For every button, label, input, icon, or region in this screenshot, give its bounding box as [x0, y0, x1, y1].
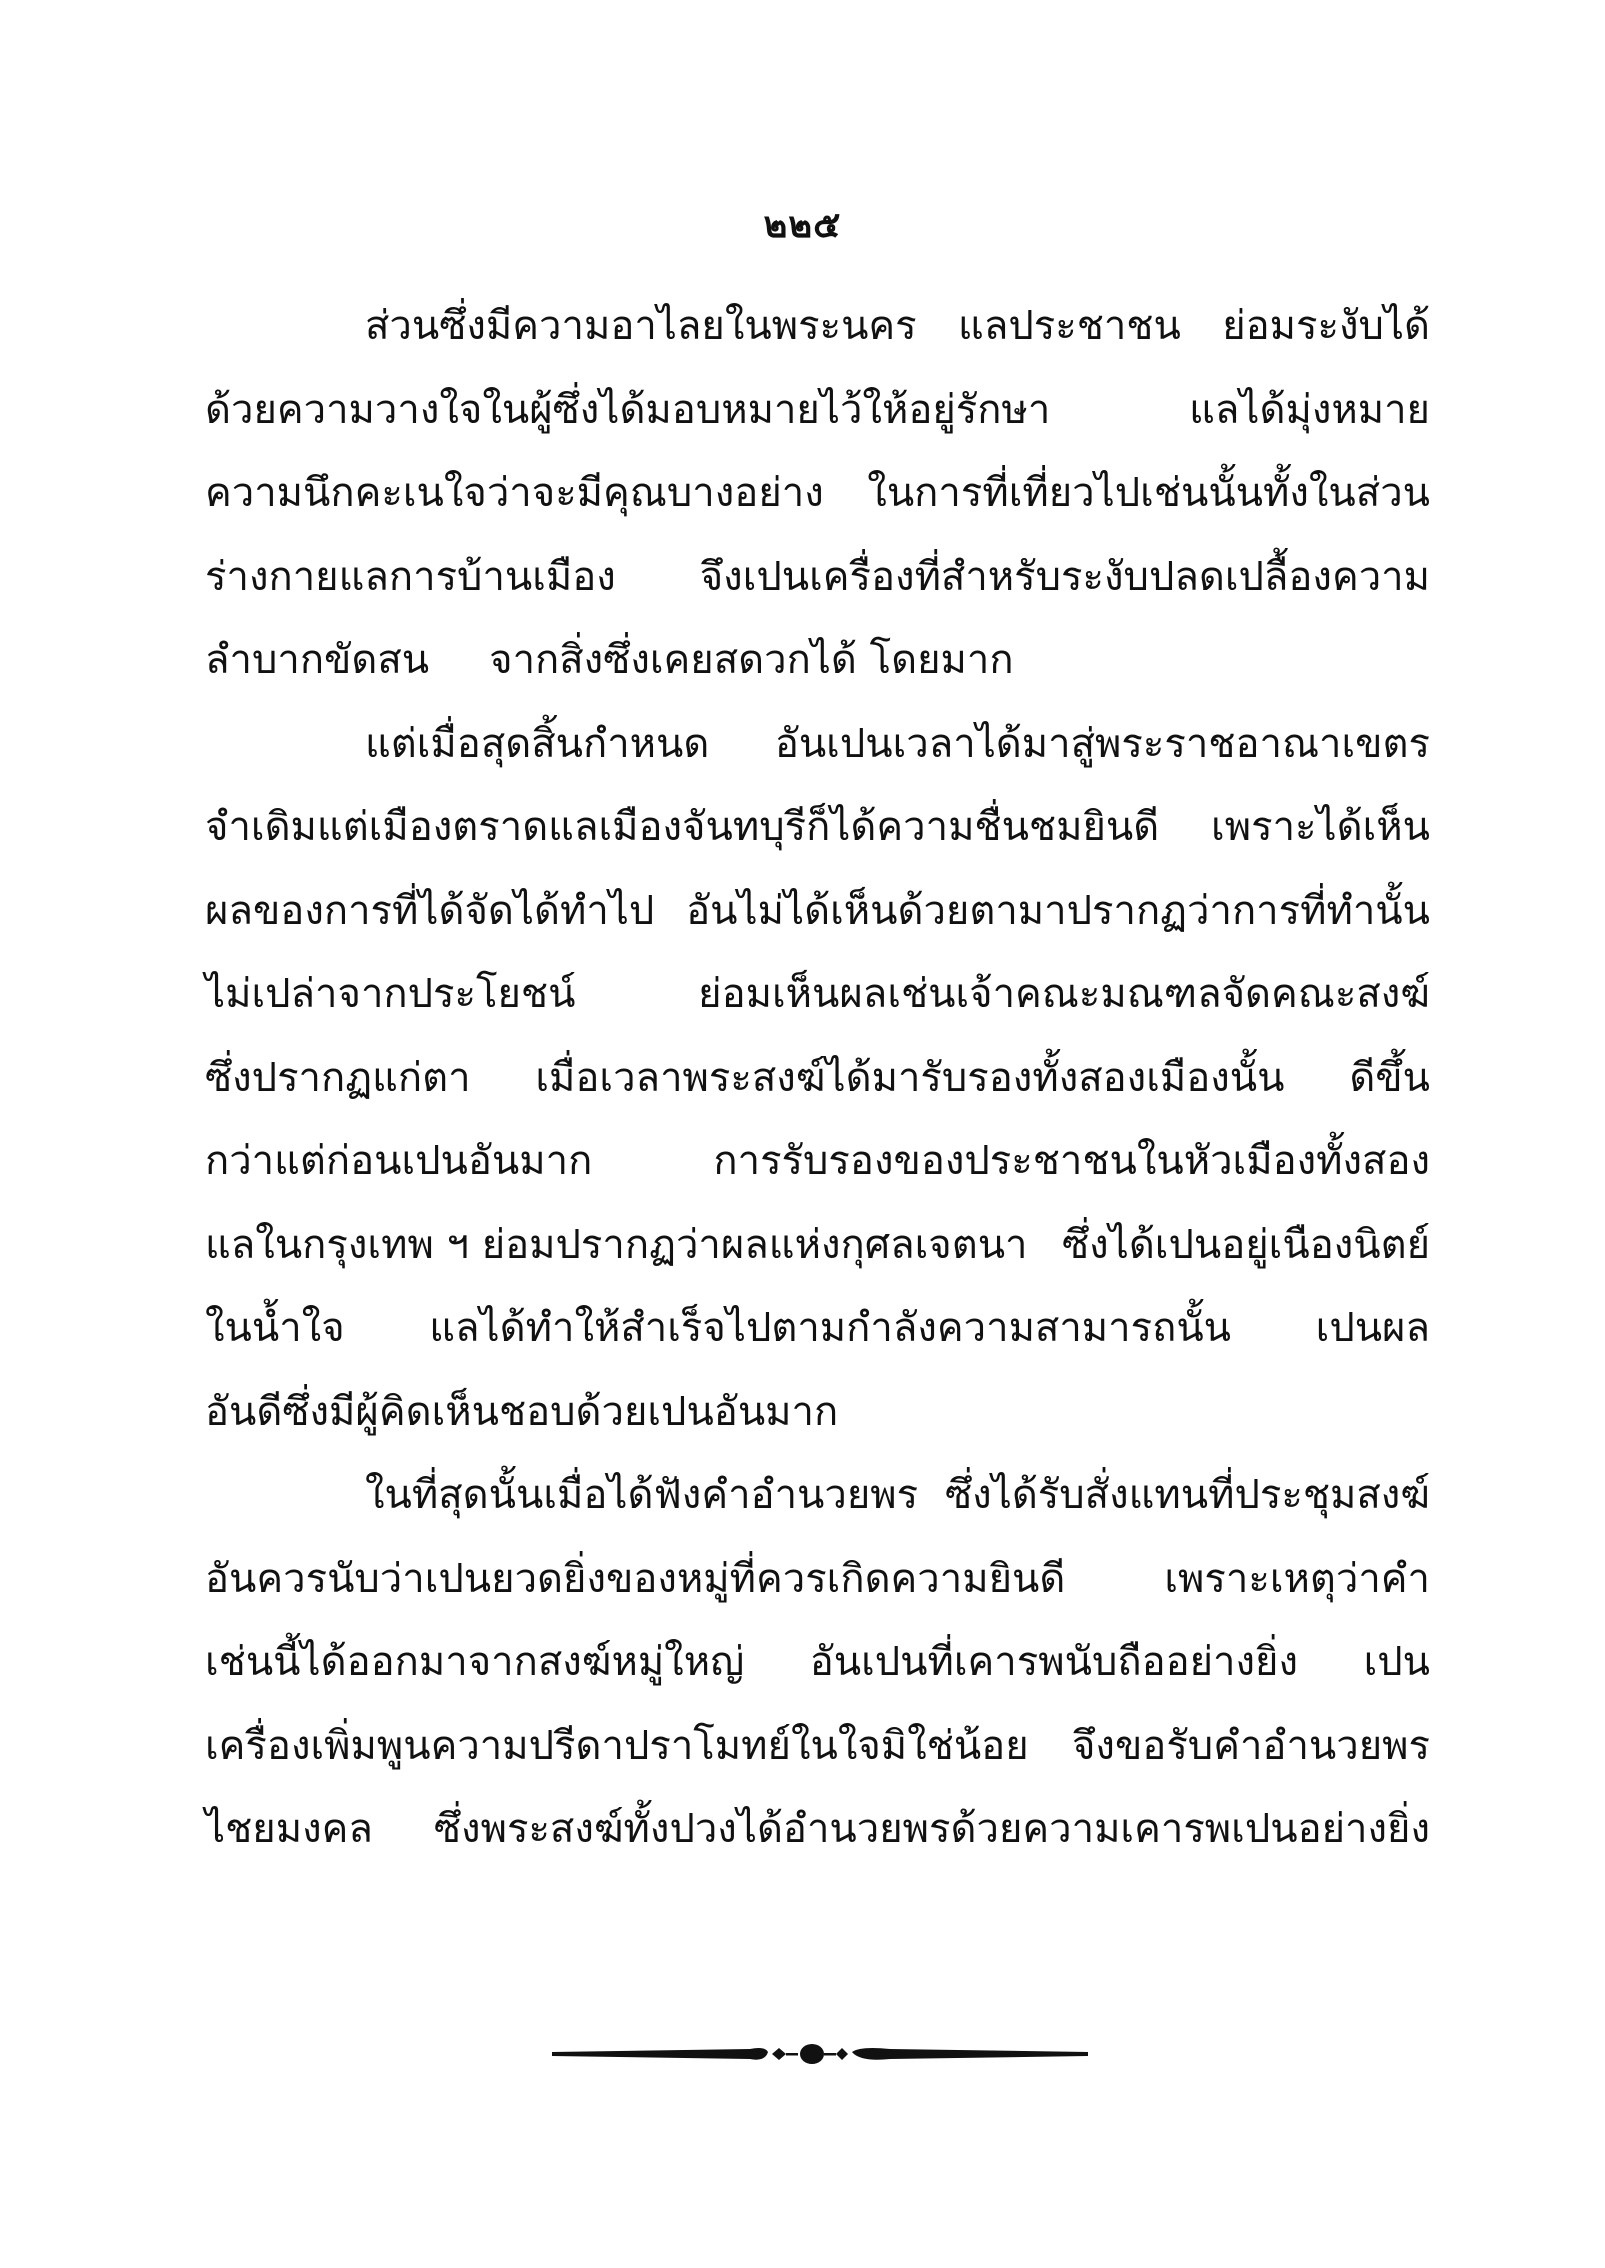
text-line: ไม่เปล่าจากประโยชน์ย่อมเห็นผลเช่นเจ้าคณะ…: [205, 953, 1430, 1037]
text-segment: ร่างกายแลการบ้านเมือง: [205, 536, 616, 620]
text-line: แลในกรุงเทพ ฯ ย่อมปรากฏว่าผลแห่งกุศลเจตน…: [205, 1204, 1430, 1288]
text-segment: ด้วยความวางใจในผู้ซึ่งได้มอบหมายไว้ให้อย…: [205, 369, 1050, 453]
ornamental-divider-icon: [550, 2040, 1090, 2070]
text-segment: ผลของการที่ได้จัดได้ทำไป: [205, 870, 654, 954]
text-segment: อันไม่ได้เห็นด้วยตามาปรากฏว่าการที่ทำนั้…: [686, 870, 1430, 954]
text-segment: ซึ่งได้รับสั่งแทนที่ประชุมสงฆ์: [945, 1454, 1430, 1538]
body-text: ส่วนซึ่งมีความอาไลยในพระนครแลประชาชนย่อม…: [205, 285, 1430, 1872]
text-line: ด้วยความวางใจในผู้ซึ่งได้มอบหมายไว้ให้อย…: [205, 369, 1430, 453]
text-segment: ลำบากขัดสน: [205, 619, 429, 703]
text-segment: จำเดิมแต่เมืองตราดแลเมืองจันทบุรีก็ได้คว…: [205, 786, 1159, 870]
paragraph-first-line: ในที่สุดนั้นเมื่อได้ฟังคำอำนวยพรซึ่งได้ร…: [205, 1454, 1430, 1538]
text-segment: การรับรองของประชาชนในหัวเมืองทั้งสอง: [713, 1120, 1430, 1204]
text-segment: จึงขอรับคำอำนวยพร: [1072, 1705, 1430, 1789]
text-segment: ซึ่งพระสงฆ์ทั้งปวงได้อำนวยพรด้วยความเคาร…: [434, 1788, 1430, 1872]
text-line: อันดีซึ่งมีผู้คิดเห็นชอบด้วยเปนอันมาก: [205, 1371, 1430, 1455]
text-segment: เมื่อเวลาพระสงฆ์ได้มารับรองทั้งสองเมืองน…: [535, 1037, 1284, 1121]
text-segment: ย่อมระงับได้: [1222, 285, 1430, 369]
text-line: เช่นนี้ได้ออกมาจากสงฆ์หมู่ใหญ่อันเปนที่เ…: [205, 1621, 1430, 1705]
text-segment: เพราะเหตุว่าคำ: [1164, 1538, 1430, 1622]
text-segment: ไม่เปล่าจากประโยชน์: [205, 953, 575, 1037]
text-segment: ดีขึ้น: [1349, 1037, 1430, 1121]
page-number: ๒๒๕: [0, 196, 1605, 253]
text-line: เครื่องเพิ่มพูนความปรีดาปราโมทย์ในใจมิใช…: [205, 1705, 1430, 1789]
text-line: ผลของการที่ได้จัดได้ทำไปอันไม่ได้เห็นด้ว…: [205, 870, 1430, 954]
paragraph-first-line: แต่เมื่อสุดสิ้นกำหนดอันเปนเวลาได้มาสู่พร…: [205, 703, 1430, 787]
text-segment: เช่นนี้ได้ออกมาจากสงฆ์หมู่ใหญ่: [205, 1621, 744, 1705]
text-segment: ซึ่งได้เปนอยู่เนืองนิตย์: [1062, 1204, 1430, 1288]
text-segment: กว่าแต่ก่อนเปนอันมาก: [205, 1120, 592, 1204]
text-line: ซึ่งปรากฏแก่ตาเมื่อเวลาพระสงฆ์ได้มารับรอ…: [205, 1037, 1430, 1121]
text-segment: อันเปนเวลาได้มาสู่พระราชอาณาเขตร: [775, 703, 1430, 787]
text-segment: เปนผล: [1316, 1287, 1430, 1371]
text-segment: แต่เมื่อสุดสิ้นกำหนด: [365, 703, 709, 787]
text-line: ความนึกคะเนใจว่าจะมีคุณบางอย่างในการที่เ…: [205, 452, 1430, 536]
text-line: ร่างกายแลการบ้านเมืองจึงเปนเครื่องที่สำห…: [205, 536, 1430, 620]
text-segment: ซึ่งปรากฏแก่ตา: [205, 1037, 471, 1121]
text-line: จำเดิมแต่เมืองตราดแลเมืองจันทบุรีก็ได้คว…: [205, 786, 1430, 870]
text-line: ในน้ำใจแลได้ทำให้สำเร็จไปตามกำลังความสาม…: [205, 1287, 1430, 1371]
paragraph-first-line: ส่วนซึ่งมีความอาไลยในพระนครแลประชาชนย่อม…: [205, 285, 1430, 369]
text-segment: ความนึกคะเนใจว่าจะมีคุณบางอย่าง: [205, 452, 824, 536]
text-segment: จากสิ่งซึ่งเคยสดวกได้ โดยมาก: [489, 619, 1013, 703]
text-segment: ไชยมงคล: [205, 1788, 373, 1872]
text-segment: จึงเปนเครื่องที่สำหรับระงับปลดเปลื้องควา…: [700, 536, 1430, 620]
text-segment: อันเปนที่เคารพนับถืออย่างยิ่ง: [810, 1621, 1298, 1705]
text-line: อันควรนับว่าเปนยวดยิ่งของหมู่ที่ควรเกิดค…: [205, 1538, 1430, 1622]
text-segment: แลได้มุ่งหมาย: [1189, 369, 1430, 453]
text-segment: อันควรนับว่าเปนยวดยิ่งของหมู่ที่ควรเกิดค…: [205, 1538, 1065, 1622]
text-segment: ย่อมเห็นผลเช่นเจ้าคณะมณฑลจัดคณะสงฆ์: [698, 953, 1430, 1037]
text-line: ลำบากขัดสนจากสิ่งซึ่งเคยสดวกได้ โดยมาก: [205, 619, 1430, 703]
document-page: ๒๒๕ ส่วนซึ่งมีความอาไลยในพระนครแลประชาชน…: [0, 0, 1605, 2268]
text-segment: ในการที่เที่ยวไปเช่นนั้นทั้งในส่วน: [867, 452, 1430, 536]
text-segment: ในน้ำใจ: [205, 1287, 345, 1371]
text-line: กว่าแต่ก่อนเปนอันมากการรับรองของประชาชนใ…: [205, 1120, 1430, 1204]
text-segment: แลในกรุงเทพ ฯ ย่อมปรากฏว่าผลแห่งกุศลเจตน…: [205, 1204, 1028, 1288]
text-segment: อันดีซึ่งมีผู้คิดเห็นชอบด้วยเปนอันมาก: [205, 1371, 838, 1455]
text-segment: แลได้ทำให้สำเร็จไปตามกำลังความสามารถนั้น: [429, 1287, 1231, 1371]
text-segment: เพราะได้เห็น: [1211, 786, 1430, 870]
text-segment: เครื่องเพิ่มพูนความปรีดาปราโมทย์ในใจมิใช…: [205, 1705, 1029, 1789]
text-segment: ส่วนซึ่งมีความอาไลยในพระนคร: [365, 285, 917, 369]
text-segment: แลประชาชน: [958, 285, 1181, 369]
text-line: ไชยมงคลซึ่งพระสงฆ์ทั้งปวงได้อำนวยพรด้วยค…: [205, 1788, 1430, 1872]
text-segment: ในที่สุดนั้นเมื่อได้ฟังคำอำนวยพร: [365, 1454, 918, 1538]
text-segment: เปน: [1364, 1621, 1430, 1705]
